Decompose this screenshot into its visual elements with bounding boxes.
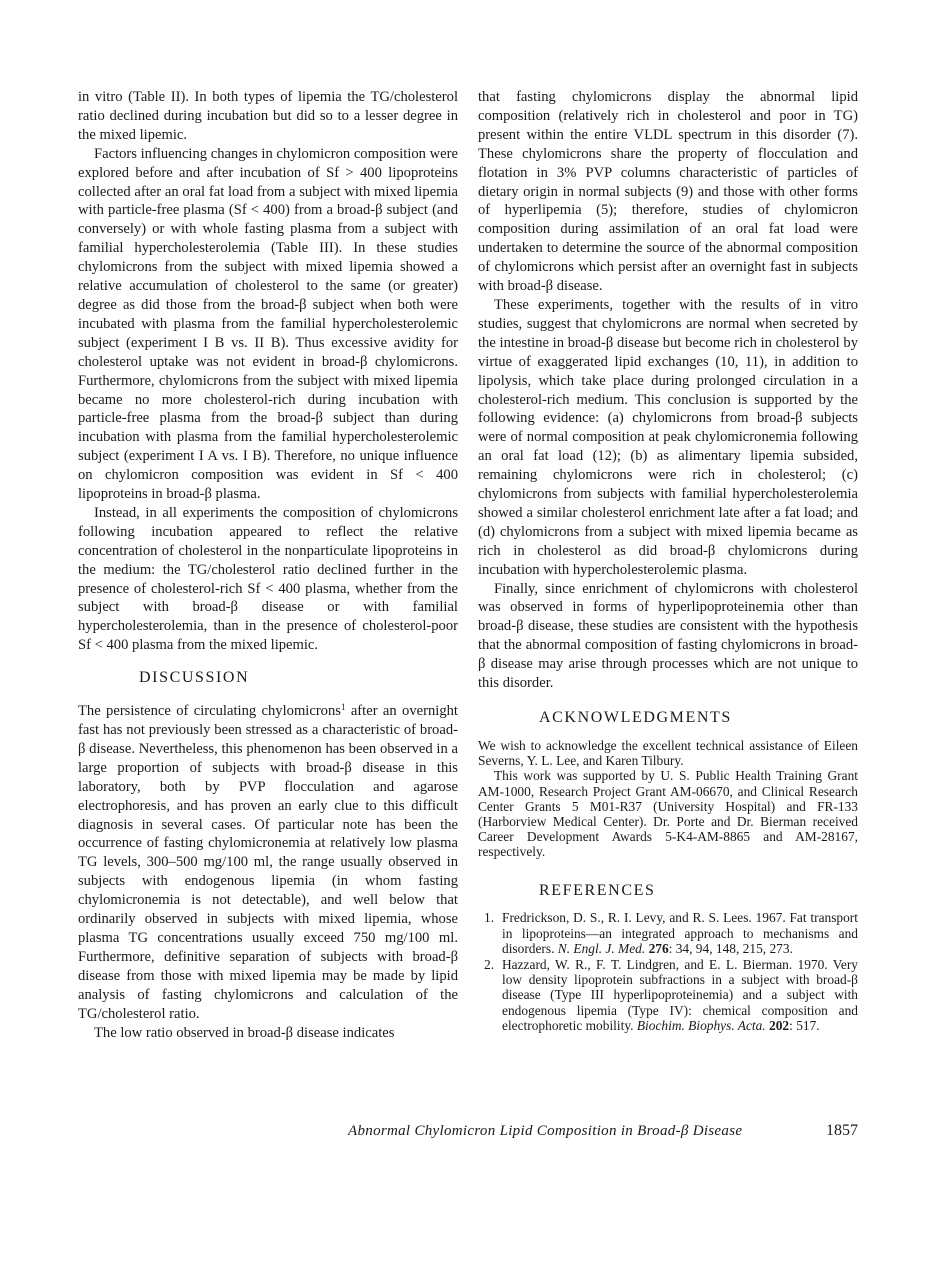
paragraph-low-ratio: The low ratio observed in broad-β diseas…	[78, 1024, 458, 1043]
reference-volume: 202	[769, 1018, 789, 1033]
right-column: that fasting chylomicrons display the ab…	[478, 88, 858, 1034]
reference-list: 1. Fredrickson, D. S., R. I. Levy, and R…	[478, 910, 858, 1033]
reference-item: 2. Hazzard, W. R., F. T. Lindgren, and E…	[478, 957, 858, 1033]
paragraph-persistence: The persistence of circulating chylomicr…	[78, 698, 458, 1023]
paragraph-these-experiments: These experiments, together with the res…	[478, 296, 858, 580]
reference-pages: : 517.	[789, 1018, 820, 1033]
paragraph-persistence-rest: after an overnight fast has not previous…	[78, 703, 458, 1022]
acknowledgment-paragraph-2: This work was supported by U. S. Public …	[478, 768, 858, 859]
reference-volume: 276	[649, 941, 669, 956]
reference-journal: Biochim. Biophys. Acta.	[637, 1018, 766, 1033]
reference-number: 2.	[484, 957, 494, 972]
paragraph-instead: Instead, in all experiments the composit…	[78, 504, 458, 655]
paragraph-factors-influencing: Factors influencing changes in chylomicr…	[78, 145, 458, 504]
page-number: 1857	[826, 1121, 858, 1141]
reference-pages: : 34, 94, 148, 215, 273.	[669, 941, 793, 956]
reference-item: 1. Fredrickson, D. S., R. I. Levy, and R…	[478, 910, 858, 956]
acknowledgments-heading: ACKNOWLEDGMENTS	[478, 709, 858, 728]
acknowledgment-paragraph-1: We wish to acknowledge the excellent tec…	[478, 738, 858, 768]
reference-journal: N. Engl. J. Med.	[558, 941, 645, 956]
references-heading: REFERENCES	[478, 882, 858, 901]
running-title: Abnormal Chylomicron Lipid Composition i…	[348, 1121, 742, 1141]
acknowledgments-section: We wish to acknowledge the excellent tec…	[478, 738, 858, 860]
paragraph-fasting-chylomicrons: that fasting chylomicrons display the ab…	[478, 88, 858, 296]
paragraph-results-continued: in vitro (Table II). In both types of li…	[78, 88, 458, 145]
paragraph-persistence-start: The persistence of circulating chylomicr…	[78, 703, 341, 719]
paragraph-finally: Finally, since enrichment of chylomicron…	[478, 580, 858, 693]
left-column: in vitro (Table II). In both types of li…	[78, 88, 458, 1042]
discussion-heading: DISCUSSION	[78, 669, 458, 688]
reference-number: 1.	[484, 910, 494, 925]
